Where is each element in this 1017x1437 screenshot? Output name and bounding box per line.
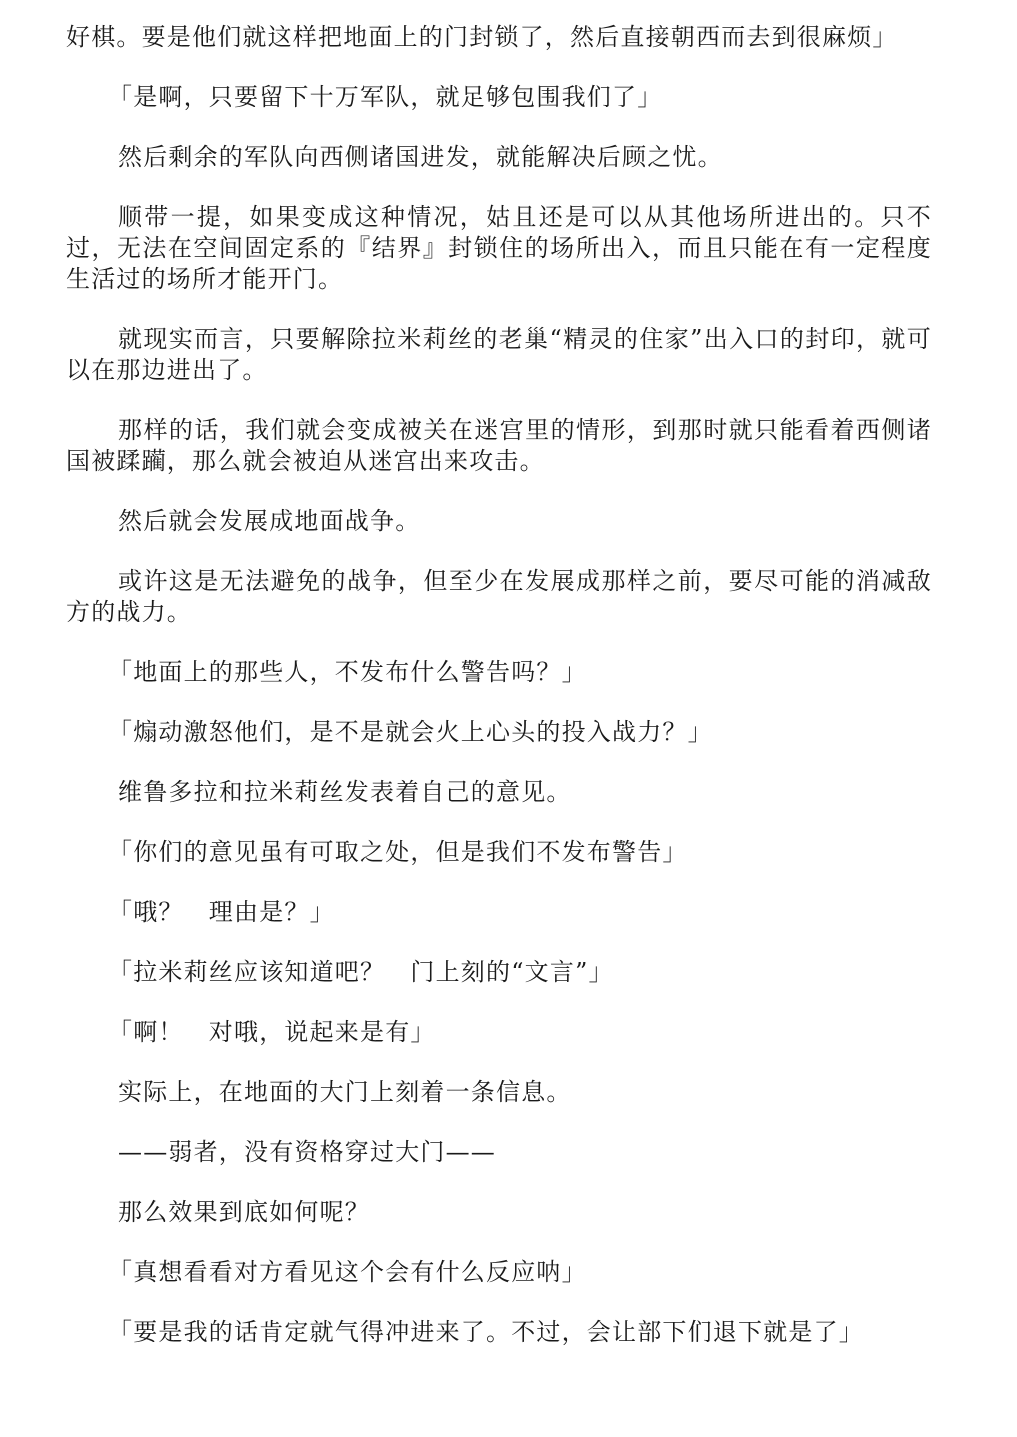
- dialogue-line: 「哦？ 理由是？」: [66, 897, 932, 928]
- dialogue-line: 「你们的意见虽有可取之处，但是我们不发布警告」: [66, 837, 932, 868]
- dialogue-line: 「是啊，只要留下十万军队，就足够包围我们了」: [66, 82, 932, 113]
- document-page: 好棋。要是他们就这样把地面上的门封锁了，然后直接朝西而去到很麻烦」 「是啊，只要…: [66, 22, 932, 1377]
- narration-paragraph: 就现实而言，只要解除拉米莉丝的老巢“精灵的住家”出入口的封印，就可以在那边进出了…: [66, 324, 932, 386]
- dialogue-line: 「要是我的话肯定就气得冲进来了。不过，会让部下们退下就是了」: [66, 1317, 932, 1348]
- narration-paragraph: 那么效果到底如何呢？: [66, 1197, 932, 1228]
- narration-paragraph: 然后就会发展成地面战争。: [66, 506, 932, 537]
- dialogue-line: 「煽动激怒他们，是不是就会火上心头的投入战力？」: [66, 717, 932, 748]
- narration-paragraph: 然后剩余的军队向西侧诸国进发，就能解决后顾之忧。: [66, 142, 932, 173]
- dialogue-line: 「拉米莉丝应该知道吧？ 门上刻的“文言”」: [66, 957, 932, 988]
- narration-paragraph: 实际上，在地面的大门上刻着一条信息。: [66, 1077, 932, 1108]
- narration-paragraph: 维鲁多拉和拉米莉丝发表着自己的意见。: [66, 777, 932, 808]
- dialogue-line: 「啊！ 对哦，说起来是有」: [66, 1017, 932, 1048]
- narration-paragraph: 或许这是无法避免的战争，但至少在发展成那样之前，要尽可能的消减敌方的战力。: [66, 566, 932, 628]
- paragraph-continuation: 好棋。要是他们就这样把地面上的门封锁了，然后直接朝西而去到很麻烦」: [66, 22, 932, 53]
- narration-paragraph: 顺带一提，如果变成这种情况，姑且还是可以从其他场所进出的。只不过，无法在空间固定…: [66, 202, 932, 295]
- narration-paragraph: 那样的话，我们就会变成被关在迷宫里的情形，到那时就只能看着西侧诸国被蹂躏，那么就…: [66, 415, 932, 477]
- gate-inscription: ——弱者，没有资格穿过大门——: [66, 1137, 932, 1168]
- dialogue-line: 「真想看看对方看见这个会有什么反应呐」: [66, 1257, 932, 1288]
- dialogue-line: 「地面上的那些人，不发布什么警告吗？」: [66, 657, 932, 688]
